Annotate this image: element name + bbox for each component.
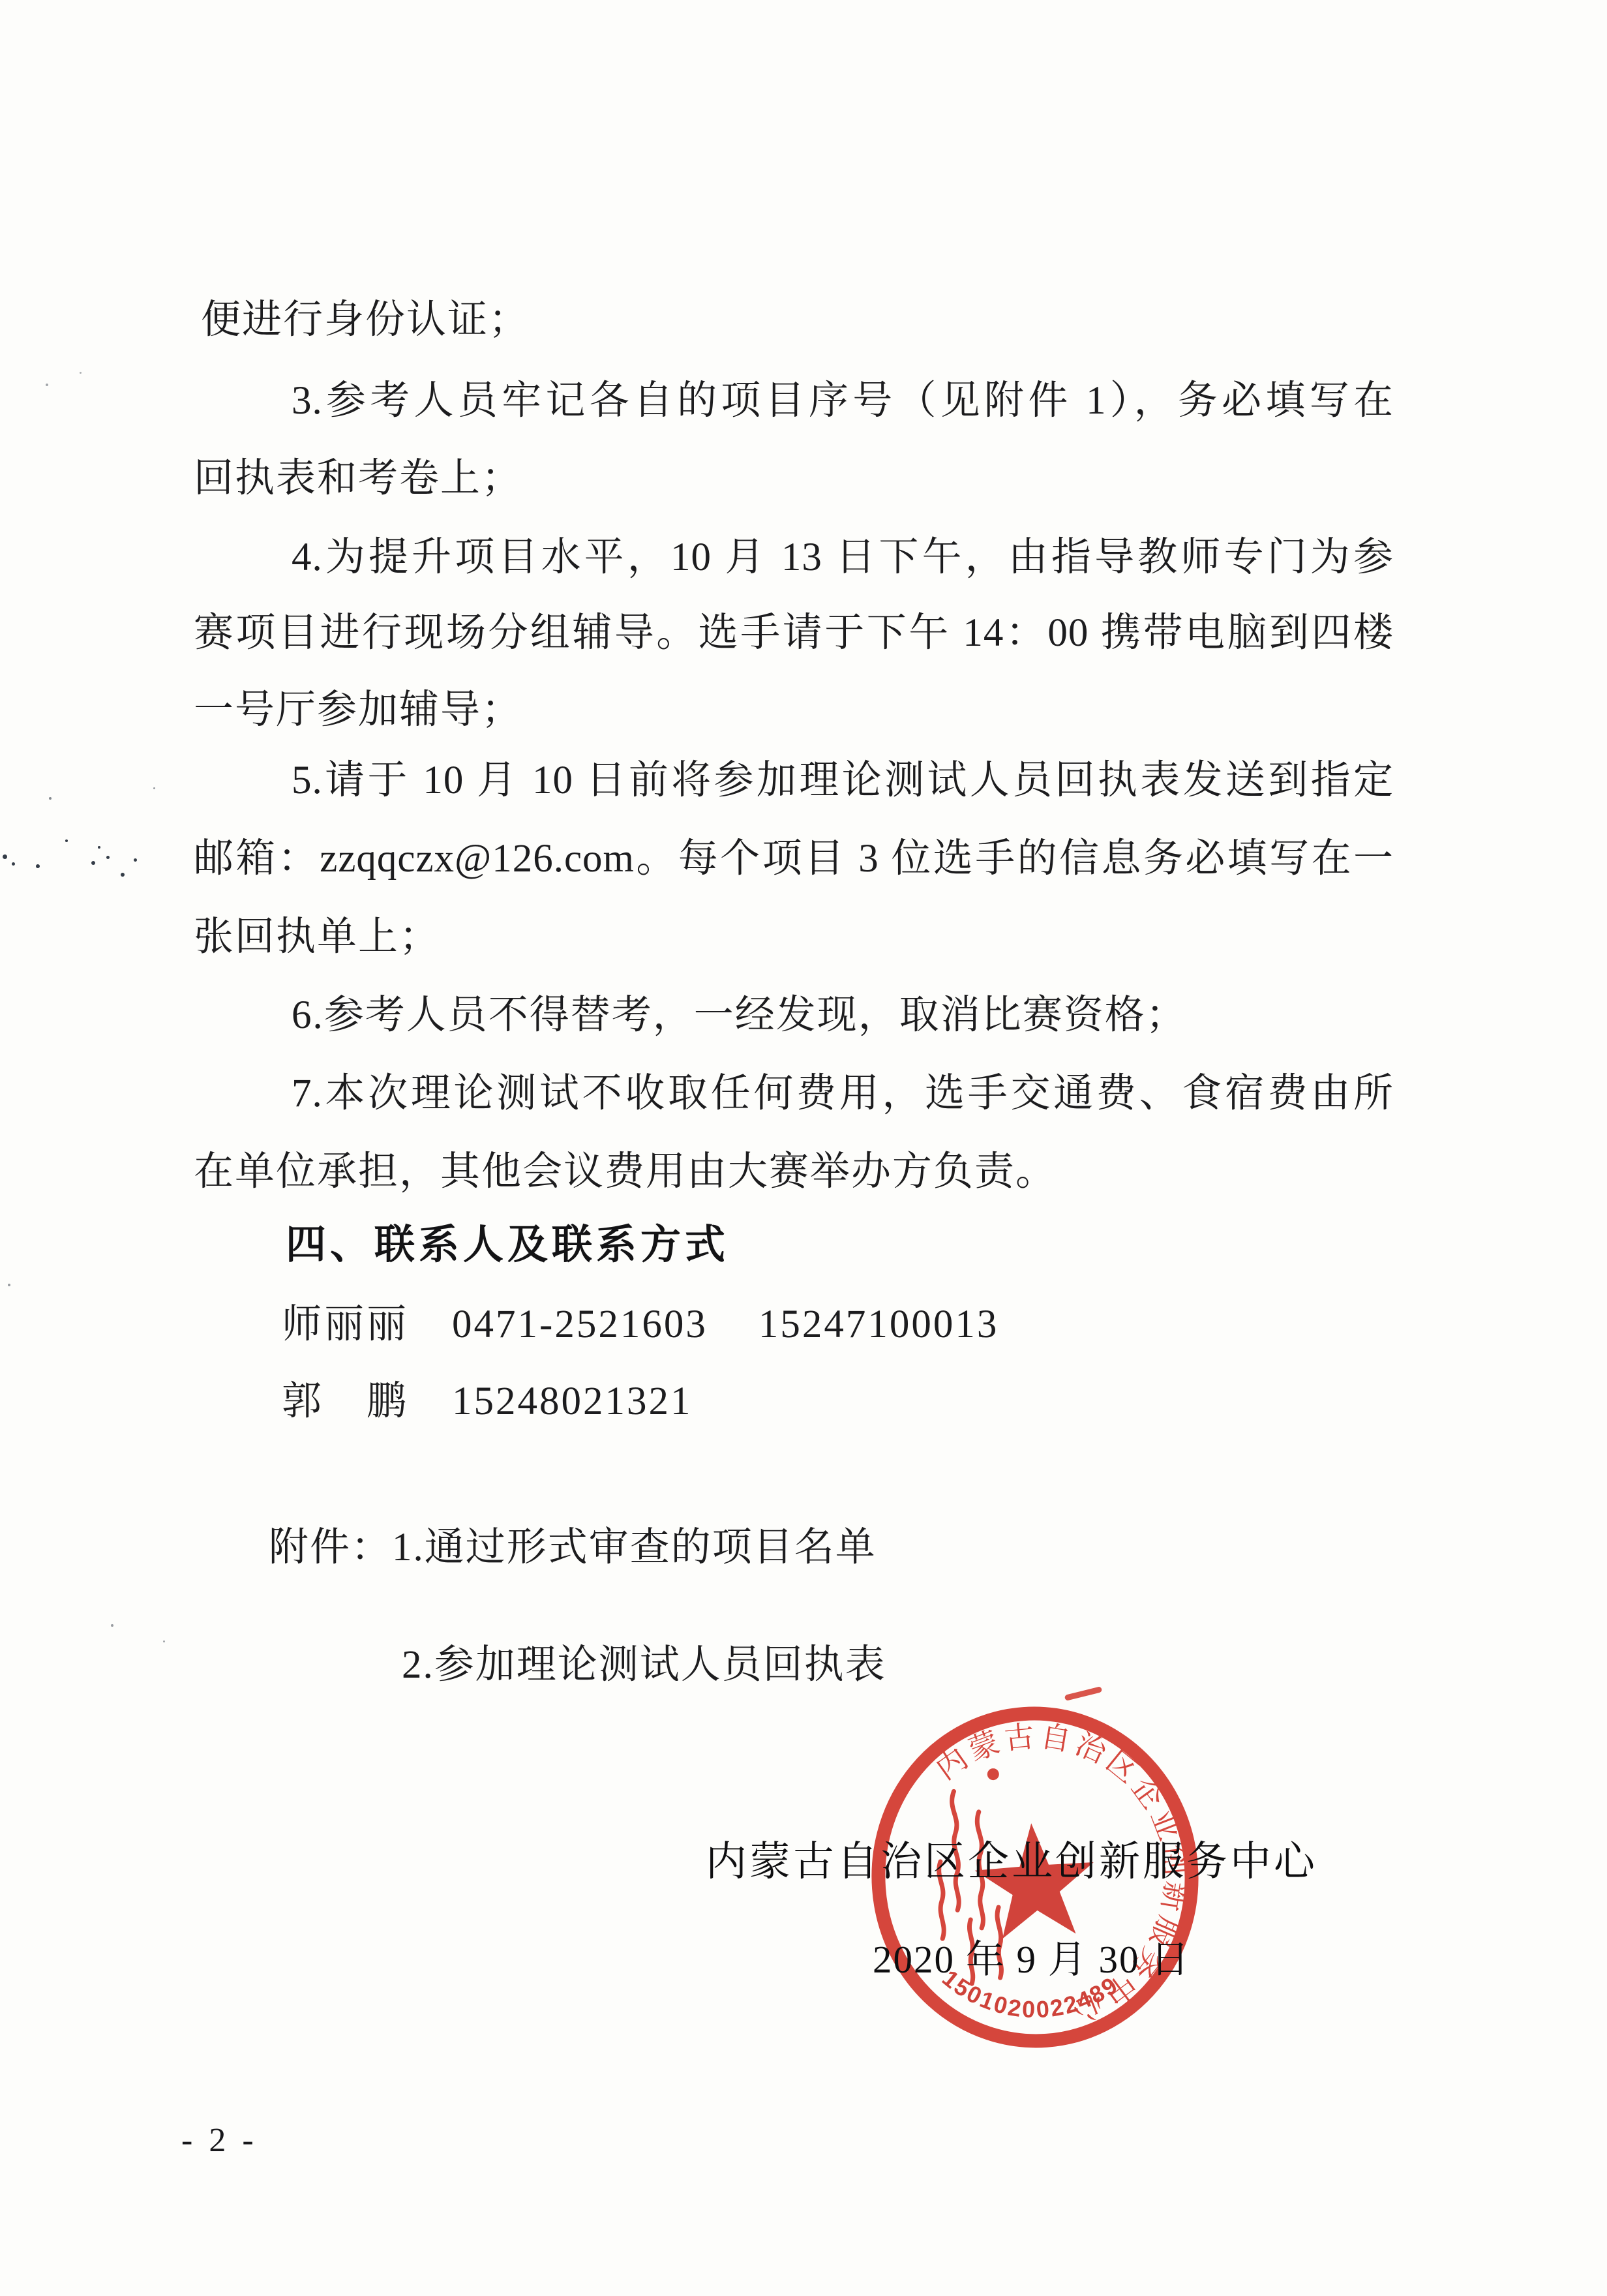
body-line: 便进行身份认证； bbox=[201, 299, 530, 342]
section-heading: 四、联系人及联系方式 bbox=[286, 1224, 729, 1267]
scan-speck bbox=[46, 384, 48, 386]
scan-speck bbox=[3, 854, 7, 859]
contact-name: 郭 鹏 bbox=[282, 1380, 409, 1423]
scan-speck bbox=[106, 856, 110, 859]
body-line: 6.参考人员不得替考，一经发现，取消比赛资格； bbox=[292, 994, 1187, 1037]
attachments-label: 附件： bbox=[269, 1526, 392, 1569]
contact-phone: 0471-2521603 bbox=[452, 1303, 708, 1346]
body-line: 4.为提升项目水平，10 月 13 日下午，由指导教师专门为参 bbox=[292, 536, 1394, 579]
scan-speck bbox=[111, 1624, 113, 1627]
scan-speck bbox=[121, 873, 125, 877]
body-line: 5.请于 10 月 10 日前将参加理论测试人员回执表发送到指定 bbox=[292, 759, 1394, 802]
body-line: 赛项目进行现场分组辅导。选手请于下午 14：00 携带电脑到四楼 bbox=[194, 612, 1394, 655]
body-line: 3.参考人员牢记各自的项目序号（见附件 1），务必填写在 bbox=[292, 380, 1394, 423]
body-line: 邮箱：zzqqczx@126.com。每个项目 3 位选手的信息务必填写在一 bbox=[194, 838, 1394, 881]
seal-dot bbox=[987, 1768, 999, 1780]
scan-speck bbox=[12, 862, 15, 866]
scan-speck bbox=[65, 839, 68, 842]
body-line: 一号厅参加辅导； bbox=[194, 689, 522, 732]
scan-speck bbox=[80, 372, 82, 374]
scan-speck bbox=[98, 846, 100, 849]
scan-speck bbox=[36, 864, 40, 868]
contact-row: 郭 鹏15248021321 bbox=[282, 1380, 693, 1423]
body-line: 回执表和考卷上； bbox=[194, 457, 522, 500]
scan-speck bbox=[163, 1640, 165, 1642]
body-line: 7.本次理论测试不收取任何费用，选手交通费、食宿费由所 bbox=[292, 1072, 1394, 1115]
scan-speck bbox=[134, 858, 137, 862]
signature-date: 2020 年 9 月 30 日 bbox=[873, 1928, 1190, 1984]
contact-row: 师丽丽0471-252160315247100013 bbox=[282, 1303, 999, 1346]
signature-organization: 内蒙古自治区企业创新服务中心 bbox=[706, 1828, 1317, 1888]
attachments-row: 附件：1.通过形式审查的项目名单 bbox=[269, 1526, 877, 1569]
contact-phone: 15248021321 bbox=[452, 1380, 693, 1423]
body-line: 张回执单上； bbox=[194, 916, 440, 959]
contact-phone: 15247100013 bbox=[758, 1303, 999, 1346]
scan-speck bbox=[49, 797, 52, 800]
attachment-item: 1.通过形式审查的项目名单 bbox=[392, 1526, 877, 1569]
scan-speck bbox=[153, 787, 155, 789]
body-line: 在单位承担，其他会议费用由大赛举办方负责。 bbox=[194, 1151, 1057, 1194]
page-number: - 2 - bbox=[181, 2121, 258, 2160]
scanned-document-page: 便进行身份认证； 3.参考人员牢记各自的项目序号（见附件 1），务必填写在 回执… bbox=[0, 0, 1607, 2296]
scan-speck bbox=[91, 861, 95, 865]
attachment-item: 2.参加理论测试人员回执表 bbox=[402, 1644, 886, 1687]
contact-name: 师丽丽 bbox=[282, 1303, 409, 1346]
scan-speck bbox=[8, 1284, 10, 1286]
